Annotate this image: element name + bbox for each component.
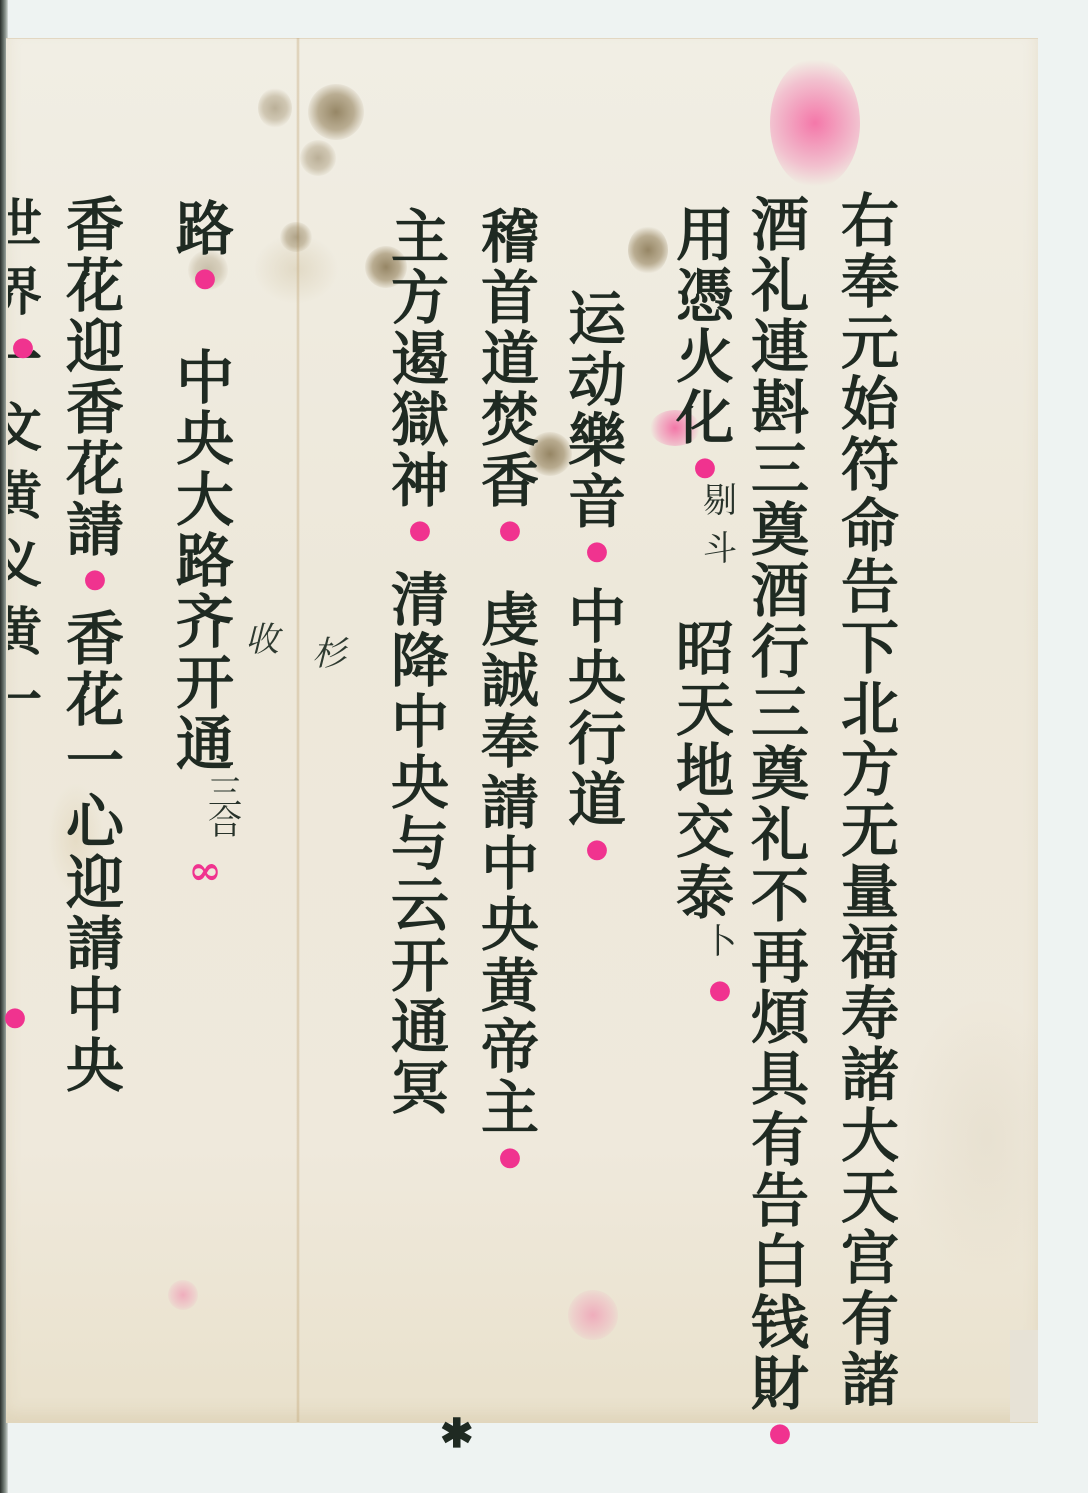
char: 界 [8,250,44,318]
text-column-9-partial: 世 界 一 文 黄 义 黄 一 [8,182,44,726]
char: 无 [835,802,905,863]
punctuation-mark: ● [475,1140,545,1174]
char: 奠 [745,745,815,806]
char: 香 [60,379,130,440]
char: 財 [745,1355,815,1416]
char: 行 [745,623,815,684]
char: 量 [835,863,905,924]
char: 一 [8,658,44,726]
char: 文 [8,386,44,454]
char: 告 [745,1172,815,1233]
char: 中 [385,693,455,754]
char: 告 [835,558,905,619]
punctuation-mark: ● [670,450,740,484]
char: 黄 [8,590,44,658]
punctuation-mark: ● [8,330,38,364]
char: 諸 [835,1046,905,1107]
text-column-8: 香 花 迎 香 花 請 ● 香 花 一 心 迎 請 中 央 [60,196,130,1098]
text-column-1: 右 奉 元 始 符 命 告 下 北 方 无 量 福 寿 諸 大 天 宫 有 諸 [835,192,905,1412]
punctuation-mark: ● [0,1000,30,1034]
punctuation-mark: ● [475,513,545,547]
char: 黄 [8,454,44,522]
char: 方 [835,741,905,802]
char: 行 [562,710,632,771]
ink-stain [258,88,292,128]
char: 路 [170,200,240,261]
char: 大 [170,471,240,532]
char: 央 [170,410,240,471]
text-column-4: 运 动 樂 音 ● 中 央 行 道 ● [562,290,632,866]
char: 白 [745,1233,815,1294]
char: 开 [385,937,455,998]
char: 迎 [60,318,130,379]
punctuation-mark: ● [745,1416,815,1450]
char: 中 [170,349,240,410]
char: 樂 [562,412,632,473]
char: 中 [60,976,130,1037]
char: 請 [475,774,545,835]
char: 世 [8,182,44,250]
paper-torn-edge [1010,1330,1038,1422]
char: 北 [835,680,905,741]
char: 花 [60,671,130,732]
ink-stain [308,84,364,140]
char: 焚 [475,391,545,452]
char: 中 [562,588,632,649]
char: 花 [60,257,130,318]
ink-stain [280,222,312,252]
char: 钱 [745,1294,815,1355]
char: 香 [60,196,130,257]
small-note-char: 卜 [685,925,755,973]
text-column-5: 稽 首 道 焚 香 ● 虔 誠 奉 請 中 央 黄 帝 主 ● [475,208,545,1174]
char: 主 [385,208,455,269]
punctuation-mark: ● [685,973,755,1007]
char: 具 [745,1050,815,1111]
ink-stain [300,140,336,176]
char: 通 [385,998,455,1059]
char: 始 [835,375,905,436]
char: 不 [745,867,815,928]
char: 动 [562,351,632,412]
punctuation-mark: ● [60,562,130,596]
char: 音 [562,473,632,534]
small-note-char: 斗 [685,532,755,580]
char: 交 [670,803,740,864]
char: 泰 [670,864,740,925]
text-column-7: 路 ● 中 央 大 路 齐 开 通 三 合 ∞ [150,200,260,904]
char: 誠 [475,652,545,713]
char: 央 [385,754,455,815]
char: 路 [170,532,240,593]
text-column-6: 主 方 遏 獄 神 ● 清 降 中 央 与 云 开 通 冥 [385,208,455,1120]
char: 元 [835,314,905,375]
char: 云 [385,876,455,937]
char: 大 [835,1107,905,1168]
char: 降 [385,632,455,693]
char: 煩 [745,989,815,1050]
char: 义 [8,522,44,590]
char: 帝 [475,1018,545,1079]
char: 与 [385,815,455,876]
char: 命 [835,497,905,558]
punctuation-mark: ● [562,832,632,866]
char: 火 [670,328,740,389]
punctuation-mark: ● [385,513,455,547]
char: 憑 [670,267,740,328]
char: 請 [60,501,130,562]
char: 奉 [475,713,545,774]
char: 齐 [170,593,240,654]
char: 酒 [745,196,815,257]
pink-seal-mark: ∞ [170,854,240,904]
char: 有 [745,1111,815,1172]
char: 天 [670,681,740,742]
char: 中 [475,835,545,896]
char: 再 [745,928,815,989]
char: 三 [745,440,815,501]
char: 香 [475,452,545,513]
char: 右 [835,192,905,253]
char: 遏 [385,330,455,391]
ink-blot: ✱ [440,1410,474,1457]
char: 清 [385,571,455,632]
small-note-char: 剔 [685,484,755,532]
char: 酒 [745,562,815,623]
pink-smudge [770,58,860,188]
char: 三 [745,684,815,745]
char: 迎 [60,854,130,915]
margin-note: 杉 [312,626,346,675]
char: 一 [60,732,130,793]
char: 央 [60,1037,130,1098]
char: 心 [60,793,130,854]
char: 主 [475,1079,545,1140]
char: 开 [170,654,240,715]
char: 宫 [835,1229,905,1290]
small-note-char: 三 [190,776,260,806]
char: 花 [60,440,130,501]
char: 奠 [745,501,815,562]
punctuation-mark: ● [170,261,240,295]
char: 首 [475,269,545,330]
char: 神 [385,452,455,513]
text-column-2: 酒 礼 連 斟 三 奠 酒 行 三 奠 礼 不 再 煩 具 有 告 白 钱 財 … [745,196,815,1450]
char: 寿 [835,985,905,1046]
char: 黄 [475,957,545,1018]
char: 道 [562,771,632,832]
pink-smudge [568,1290,618,1340]
char: 斟 [745,379,815,440]
char: 稽 [475,208,545,269]
char: 香 [60,610,130,671]
char: 奉 [835,253,905,314]
char: 下 [835,619,905,680]
char: 冥 [385,1059,455,1120]
char: 福 [835,924,905,985]
char: 化 [670,389,740,450]
char: 諸 [835,1351,905,1412]
char: 礼 [745,257,815,318]
char: 昭 [670,620,740,681]
char: 請 [60,915,130,976]
char: 天 [835,1168,905,1229]
char: 連 [745,318,815,379]
char: 道 [475,330,545,391]
char: 有 [835,1290,905,1351]
char: 央 [475,896,545,957]
char: 运 [562,290,632,351]
char: 用 [670,206,740,267]
punctuation-mark: ● [562,534,632,568]
char: 地 [670,742,740,803]
char: 獄 [385,391,455,452]
char: 符 [835,436,905,497]
char: 通 [170,715,240,776]
char: 虔 [475,591,545,652]
char: 礼 [745,806,815,867]
char: 央 [562,649,632,710]
char: 方 [385,269,455,330]
text-column-3: 用 憑 火 化 ● 剔 斗 昭 天 地 交 泰 卜 ● [655,206,755,1007]
pink-smudge [168,1280,198,1310]
